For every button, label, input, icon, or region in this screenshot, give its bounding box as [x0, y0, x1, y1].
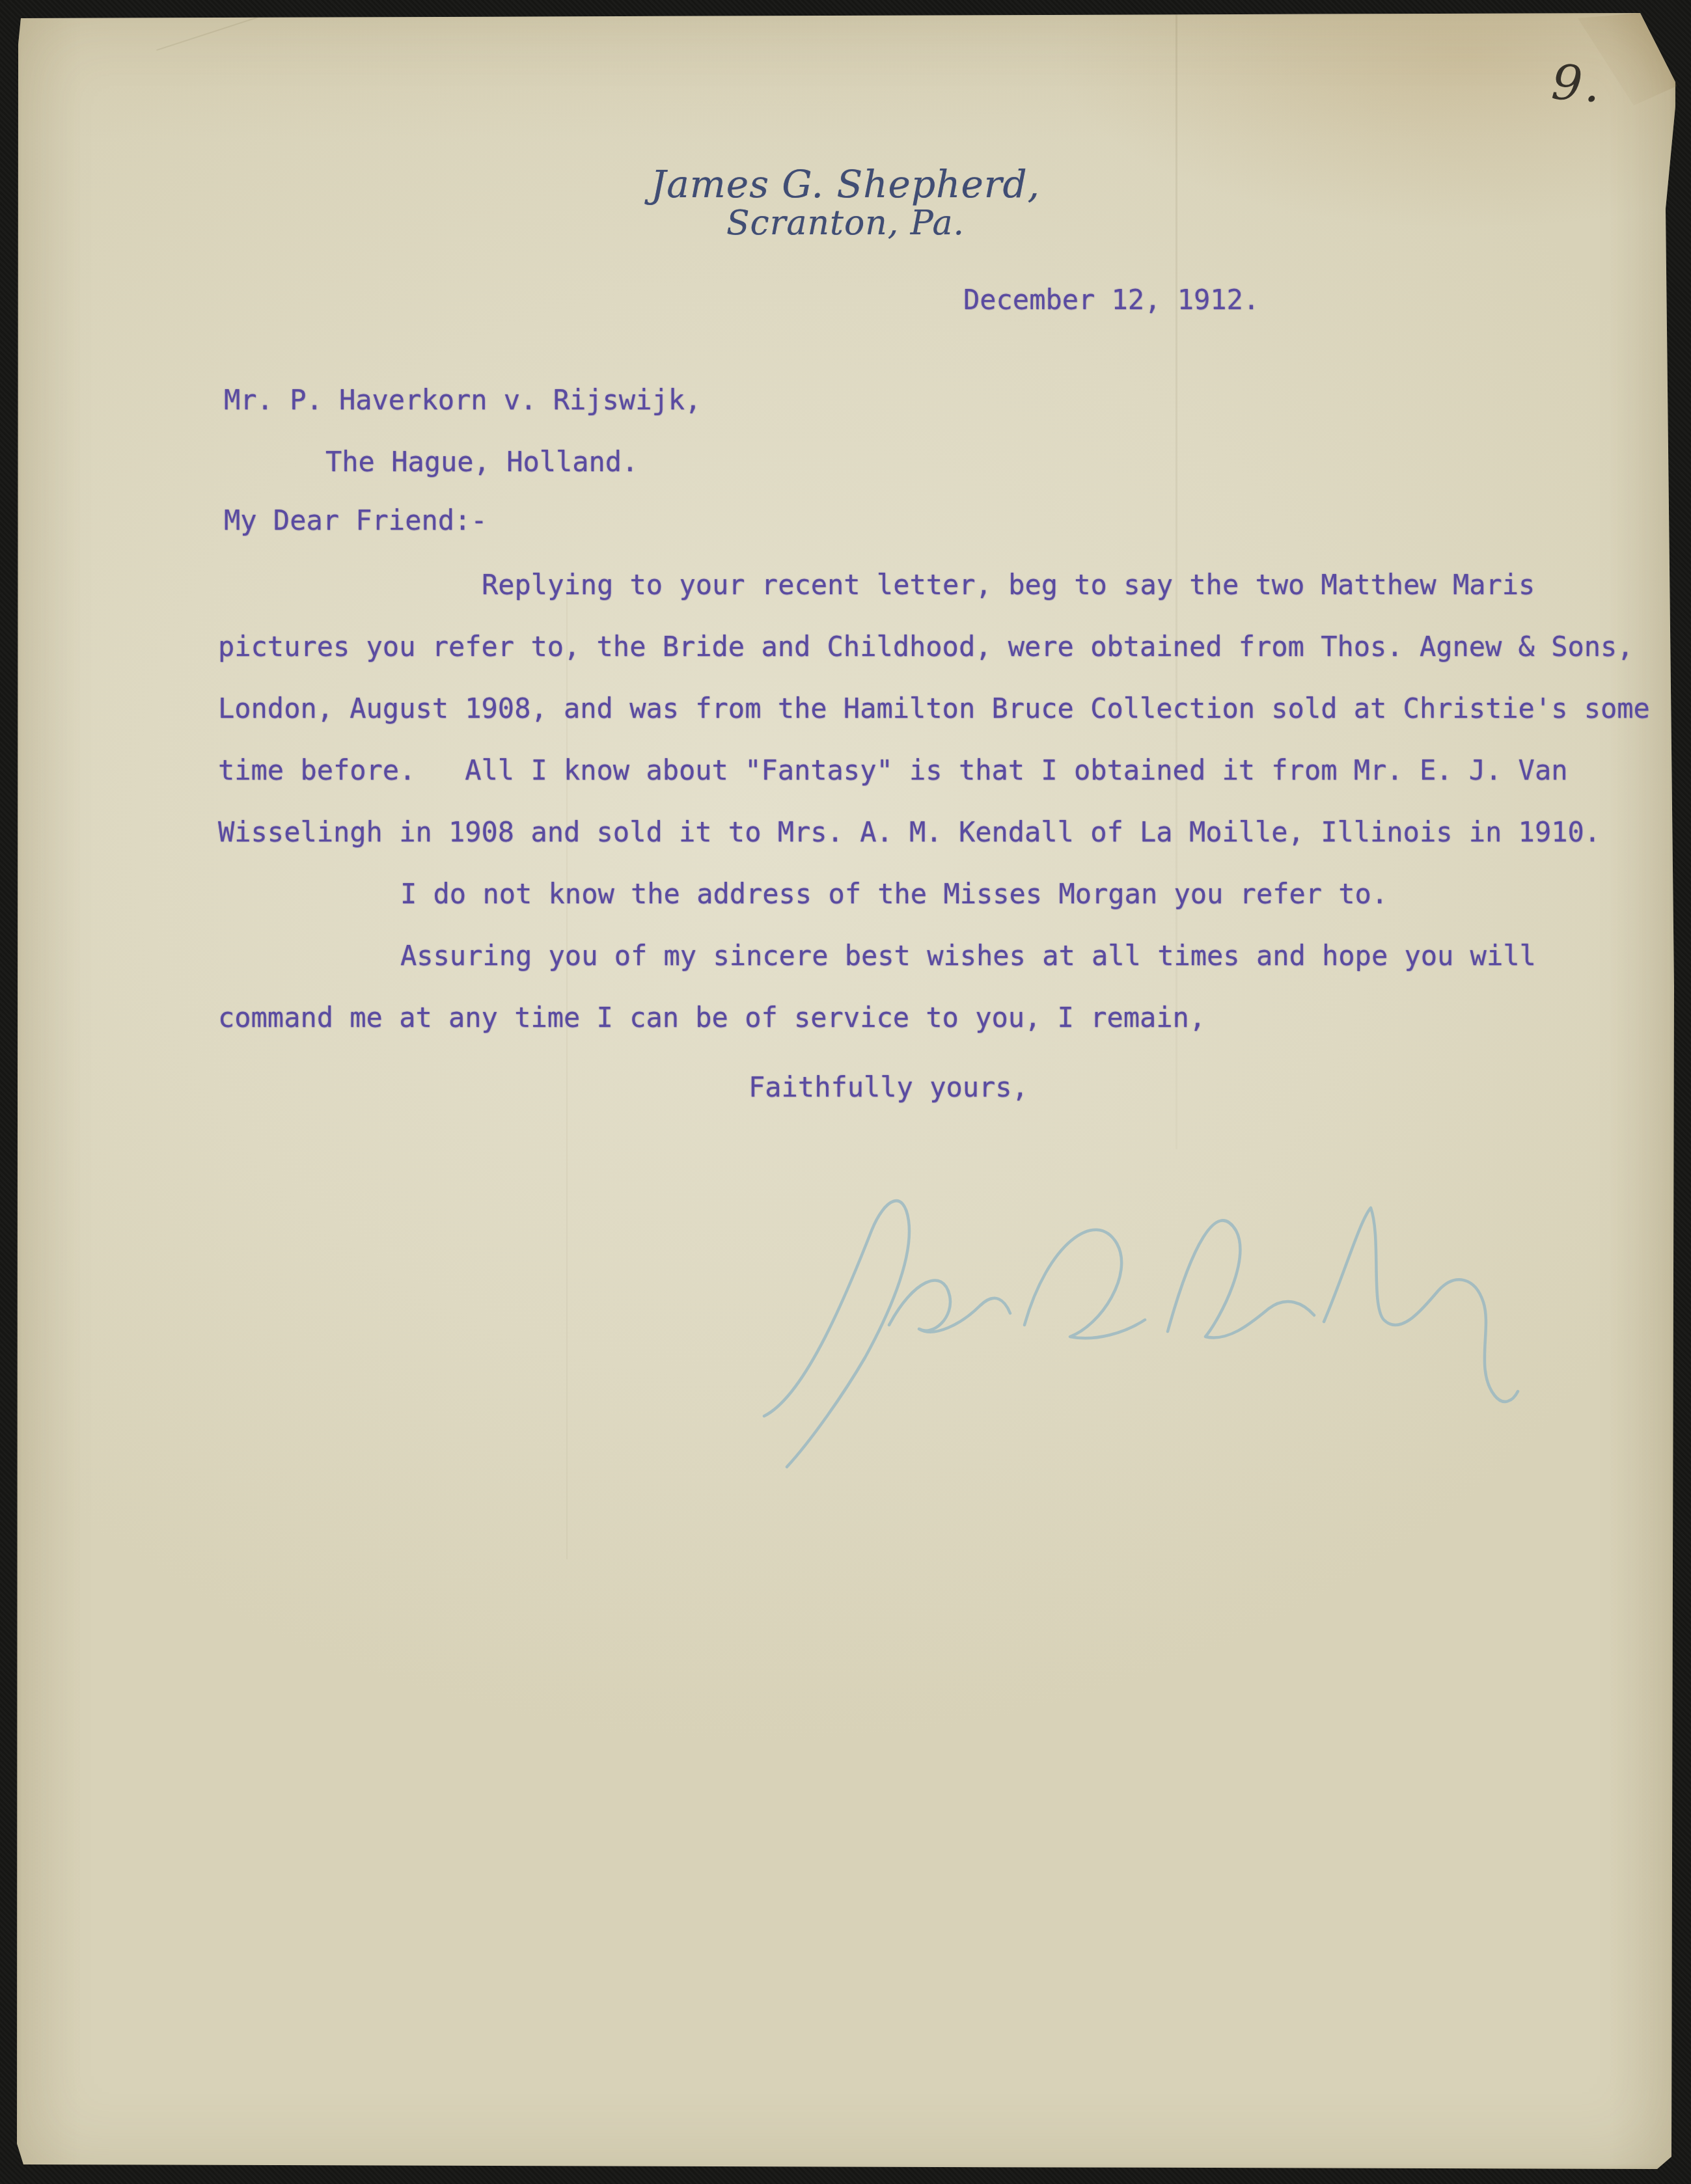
closing-line: Faithfully yours,	[749, 1071, 1028, 1104]
body-line: Replying to your recent letter, beg to s…	[218, 554, 1670, 616]
salutation: My Dear Friend:-	[224, 504, 488, 537]
letter-paper: 9. James G. Shepherd, Scranton, Pa. Dece…	[16, 10, 1675, 2170]
recipient-address: The Hague, Holland.	[325, 446, 638, 478]
scanned-letter-page: { "page": { "number_label": "9." }, "let…	[0, 0, 1691, 2184]
letterhead-city: Scranton, Pa.	[16, 204, 1675, 242]
body-line: Assuring you of my sincere best wishes a…	[218, 925, 1670, 987]
body-line: command me at any time I can be of servi…	[218, 987, 1670, 1048]
body-line: time before. All I know about "Fantasy" …	[218, 739, 1670, 801]
body-line: I do not know the address of the Misses …	[218, 863, 1670, 925]
recipient-name: Mr. P. Haverkorn v. Rijswijk,	[224, 384, 701, 416]
date-line: December 12, 1912.	[963, 284, 1259, 316]
signature-ink-strokes	[719, 1110, 1591, 1475]
letterhead-name: James G. Shepherd,	[16, 164, 1675, 204]
letterhead: James G. Shepherd, Scranton, Pa.	[16, 164, 1675, 242]
body-line: London, August 1908, and was from the Ha…	[218, 677, 1670, 739]
letter-body: Replying to your recent letter, beg to s…	[218, 554, 1670, 1048]
body-line: pictures you refer to, the Bride and Chi…	[218, 616, 1670, 677]
handwritten-signature: Jas G Shepherd	[719, 1110, 1591, 1475]
page-number: 9.	[1550, 54, 1604, 113]
body-line: Wisselingh in 1908 and sold it to Mrs. A…	[218, 801, 1670, 863]
